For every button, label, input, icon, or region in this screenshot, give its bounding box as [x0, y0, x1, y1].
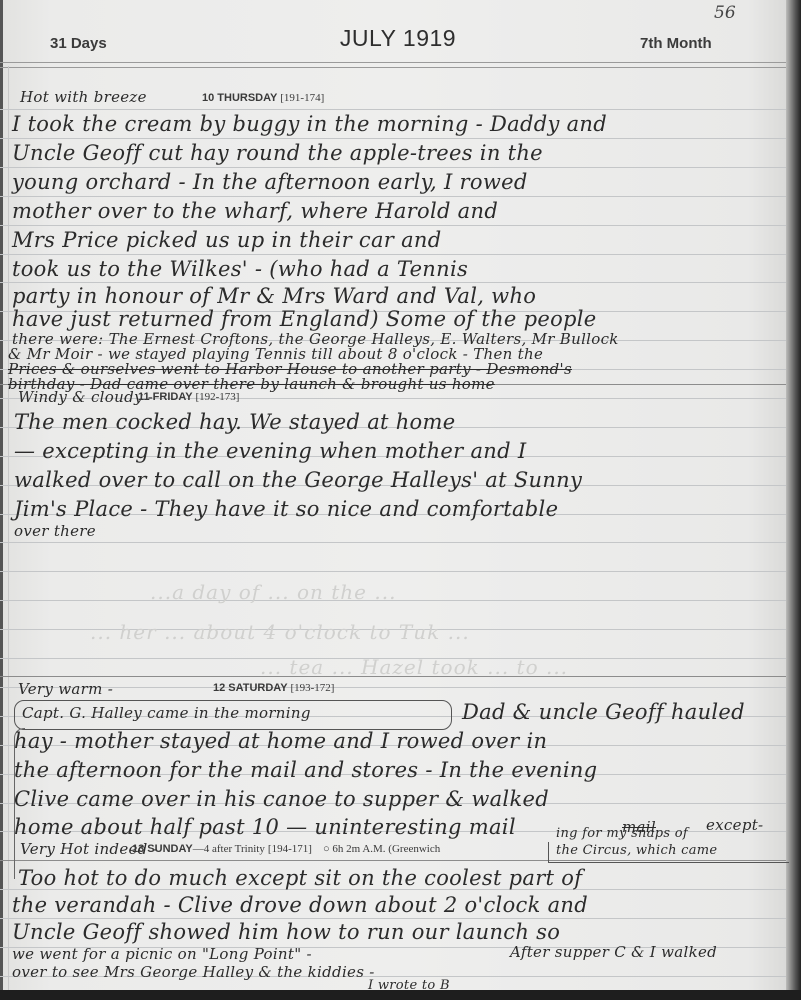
entry-line: Mrs Price picked us up in their car and — [12, 228, 441, 252]
ruled-line — [0, 918, 786, 919]
ruled-line — [0, 687, 786, 688]
entry-line: over to see Mrs George Halley & the kidd… — [12, 963, 375, 981]
page-header: 31 Days JULY 1919 7th Month 56 — [0, 0, 796, 66]
entry-line: mother over to the wharf, where Harold a… — [12, 199, 498, 223]
weather-note: Very warm - — [18, 680, 113, 698]
entry-line: young orchard - In the afternoon early, … — [12, 170, 528, 194]
margin-line — [8, 66, 9, 990]
month-number-label: 7th Month — [640, 35, 712, 52]
day-count: [192-173] — [195, 391, 239, 403]
day-extra: —4 after Trinity — [193, 843, 265, 855]
entry-line: Jim's Place - They have it so nice and c… — [14, 497, 558, 521]
weather-note: Windy & cloudy - — [18, 388, 153, 406]
header-double-rule — [0, 62, 786, 68]
entry-line: Uncle Geoff showed him how to run our la… — [12, 920, 560, 944]
day-heading: 10 THURSDAY [191-174] — [202, 92, 324, 104]
entry-line: I wrote to B — [368, 978, 450, 993]
ruled-line — [0, 225, 786, 226]
entry-line: we went for a picnic on "Long Point" - — [12, 945, 312, 963]
entry-line: home about half past 10 — uninteresting … — [14, 815, 516, 839]
bleed-through-text: ... her ... about 4 o'clock to Tuk ... — [90, 620, 470, 644]
day-heading: 11 FRIDAY [192-173] — [138, 391, 239, 403]
entry-line: ing for my snaps of — [556, 826, 688, 841]
entry-line: Uncle Geoff cut hay round the apple-tree… — [12, 141, 543, 165]
entry-line: I took the cream by buggy in the morning… — [12, 112, 607, 136]
entry-line: took us to the Wilkes' - (who had a Tenn… — [12, 257, 468, 281]
entry-line: The men cocked hay. We stayed at home — [14, 410, 455, 434]
ruled-line — [0, 138, 786, 139]
day-heading: 12 SATURDAY [193-172] — [213, 682, 334, 694]
day-count: [191-174] — [280, 92, 324, 104]
entry-line: the verandah - Clive drove down about 2 … — [12, 893, 588, 917]
day-label: 10 THURSDAY — [202, 92, 277, 104]
entry-line: Dad & uncle Geoff hauled — [462, 700, 745, 724]
entry-line: walked over to call on the George Halley… — [14, 468, 582, 492]
ruled-line — [0, 542, 786, 543]
page-number: 56 — [714, 3, 736, 23]
bleed-through-text: ...a day of ... on the ... — [150, 580, 396, 604]
weather-note: Hot with breeze — [20, 88, 147, 106]
ruled-line — [0, 571, 786, 572]
entry-line: Clive came over in his canoe to supper &… — [14, 787, 549, 811]
ruled-line — [0, 254, 786, 255]
entry-line: Too hot to do much except sit on the coo… — [18, 866, 582, 890]
ruled-line — [0, 167, 786, 168]
day-count: [194-171] — [268, 843, 312, 855]
day-label: 11 FRIDAY — [138, 391, 192, 403]
entry-line: hay - mother stayed at home and I rowed … — [14, 729, 547, 753]
day-label: 12 SATURDAY — [213, 682, 287, 694]
entry-line: have just returned from England) Some of… — [12, 307, 597, 331]
day-count: [193-172] — [290, 682, 334, 694]
day-label: 13 SUNDAY — [132, 843, 193, 855]
entry-line: except- — [706, 816, 763, 834]
entry-line: party in honour of Mr & Mrs Ward and Val… — [12, 284, 536, 308]
entry-line: Capt. G. Halley came in the morning — [22, 704, 311, 722]
ruled-line — [0, 109, 786, 110]
ruled-line — [0, 196, 786, 197]
bleed-through-text: ... tea ... Hazel took ... to ... — [260, 655, 568, 679]
day-heading: 13 SUNDAY—4 after Trinity [194-171] ○ 6h… — [132, 843, 440, 855]
entry-line: the afternoon for the mail and stores - … — [14, 758, 597, 782]
moon-phase: ○ 6h 2m A.M. (Greenwich — [323, 843, 440, 855]
entry-line: After supper C & I walked — [510, 943, 717, 961]
entry-line: — excepting in the evening when mother a… — [14, 439, 526, 463]
ruled-line — [0, 282, 786, 283]
entry-line: over there — [14, 522, 96, 540]
entry-line: the Circus, which came — [556, 843, 717, 858]
